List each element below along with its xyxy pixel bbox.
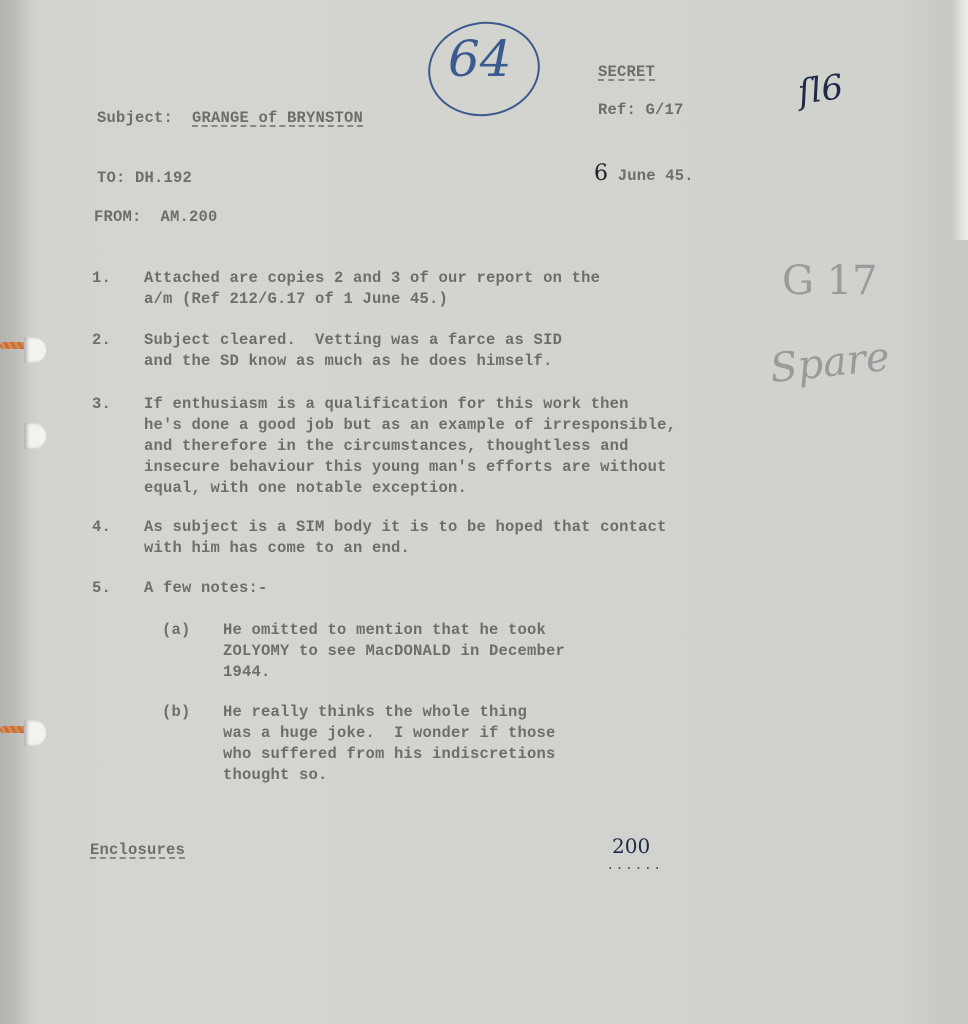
note-label: (a) <box>162 620 191 641</box>
from-value: AM.200 <box>161 208 218 226</box>
note-label: (b) <box>162 702 191 723</box>
from-line: FROM: AM.200 <box>94 207 218 228</box>
enclosures-label: Enclosures <box>90 840 185 861</box>
paragraph-text: A few notes:- <box>144 578 268 599</box>
punch-hole <box>24 337 46 363</box>
from-label: FROM: <box>94 208 142 226</box>
subject-value: GRANGE of BRYNSTON <box>192 109 363 127</box>
subject-line: Subject: GRANGE of BRYNSTON <box>97 108 363 129</box>
paragraph-text: Attached are copies 2 and 3 of our repor… <box>144 268 600 310</box>
paragraph-number: 4. <box>92 517 111 538</box>
note-text: He really thinks the whole thing was a h… <box>223 702 556 786</box>
note-text: He omitted to mention that he took ZOLYO… <box>223 620 565 683</box>
subject-label: Subject: <box>97 109 173 127</box>
date-rest: June 45. <box>618 167 694 185</box>
punch-hole <box>24 720 46 746</box>
paragraph-number: 1. <box>92 268 111 289</box>
classification-stamp: SECRET <box>598 62 655 83</box>
page-edge <box>952 0 968 240</box>
signature-dots: ...... <box>606 858 662 874</box>
pencil-ref: G 17 <box>782 258 878 304</box>
ref-line: Ref: G/17 <box>598 100 684 121</box>
page-shadow <box>0 0 30 1024</box>
to-line: TO: DH.192 <box>97 168 192 189</box>
date-day: 6 <box>594 161 608 186</box>
ref-label: Ref: <box>598 101 636 119</box>
to-label: TO: <box>97 169 126 187</box>
paragraph-text: If enthusiasm is a qualification for thi… <box>144 394 676 499</box>
paragraph-number: 2. <box>92 330 111 351</box>
signature-number: 200 <box>612 834 650 858</box>
paragraph-text: Subject cleared. Vetting was a farce as … <box>144 330 562 372</box>
paragraph-number: 3. <box>92 394 111 415</box>
document-page: 64 SECRET Ref: G/17 ſl6 Subject: GRANGE … <box>0 0 968 1024</box>
punch-hole <box>24 423 46 449</box>
paragraph-number: 5. <box>92 578 111 599</box>
folio-number: 64 <box>448 30 512 88</box>
date-line: 6 June 45. <box>594 163 694 187</box>
ref-value: G/17 <box>646 101 684 119</box>
handwritten-initials: ſl6 <box>795 67 845 113</box>
paragraph-text: As subject is a SIM body it is to be hop… <box>144 517 667 559</box>
to-value: DH.192 <box>135 169 192 187</box>
pencil-note: Spare <box>768 334 892 392</box>
